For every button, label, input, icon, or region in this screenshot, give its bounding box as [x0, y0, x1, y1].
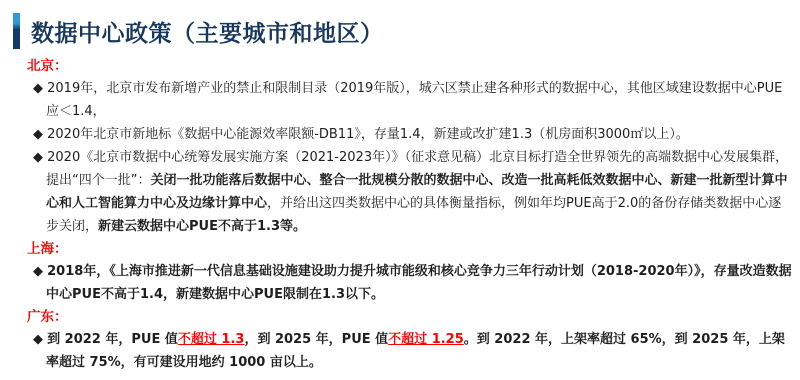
bullet-diamond-icon: ◆ — [33, 150, 47, 165]
policy-bullet: ◆ 到 2022 年，PUE 值不超过 1.3，到 2025 年，PUE 值不超… — [27, 328, 792, 374]
bullet-diamond-icon: ◆ — [33, 127, 47, 142]
text-run: 2018年，《上海市推进新一代信息基础设施建设助力提升城市能级和核心竞争力三年行… — [46, 264, 792, 302]
bullet-diamond-icon: ◆ — [33, 81, 47, 96]
text-run: 不超过 1.3 — [178, 332, 245, 347]
title-accent-bar — [13, 13, 20, 49]
text-run: 新建云数据中心PUE不高于1.3等。 — [98, 219, 306, 234]
text-run: 到 2022 年，PUE 值 — [47, 332, 178, 347]
text-run: 2020年北京市新地标《数据中心能源效率限额-DB11》，存量1.4，新建或改扩… — [47, 127, 689, 142]
text-run: 不超过 1.25 — [388, 332, 464, 347]
bullet-diamond-icon: ◆ — [33, 264, 47, 279]
policy-sections: 北京：◆ 2019年，北京市发布新增产业的禁止和限制目录（2019年版），城六区… — [0, 52, 800, 374]
policy-bullet: ◆ 2020《北京市数据中心统筹发展实施方案（2021-2023年）》（征求意见… — [27, 146, 792, 238]
section-heading: 广东： — [27, 307, 792, 328]
text-run: 2019年，北京市发布新增产业的禁止和限制目录（2019年版），城六区禁止建各种… — [46, 81, 782, 119]
policy-slide: 数据中心政策（主要城市和地区） 北京：◆ 2019年，北京市发布新增产业的禁止和… — [0, 0, 800, 380]
title-row: 数据中心政策（主要城市和地区） — [0, 0, 800, 52]
policy-bullet: ◆ 2018年，《上海市推进新一代信息基础设施建设助力提升城市能级和核心竞争力三… — [27, 260, 792, 306]
page-title: 数据中心政策（主要城市和地区） — [31, 15, 384, 48]
section-heading: 上海： — [27, 239, 792, 260]
section-heading: 北京： — [27, 56, 792, 77]
text-run: ，到 2025 年，PUE 值 — [244, 332, 388, 347]
bullet-diamond-icon: ◆ — [33, 332, 47, 347]
policy-bullet: ◆ 2019年，北京市发布新增产业的禁止和限制目录（2019年版），城六区禁止建… — [27, 77, 792, 123]
policy-bullet: ◆ 2020年北京市新地标《数据中心能源效率限额-DB11》，存量1.4，新建或… — [27, 123, 792, 146]
